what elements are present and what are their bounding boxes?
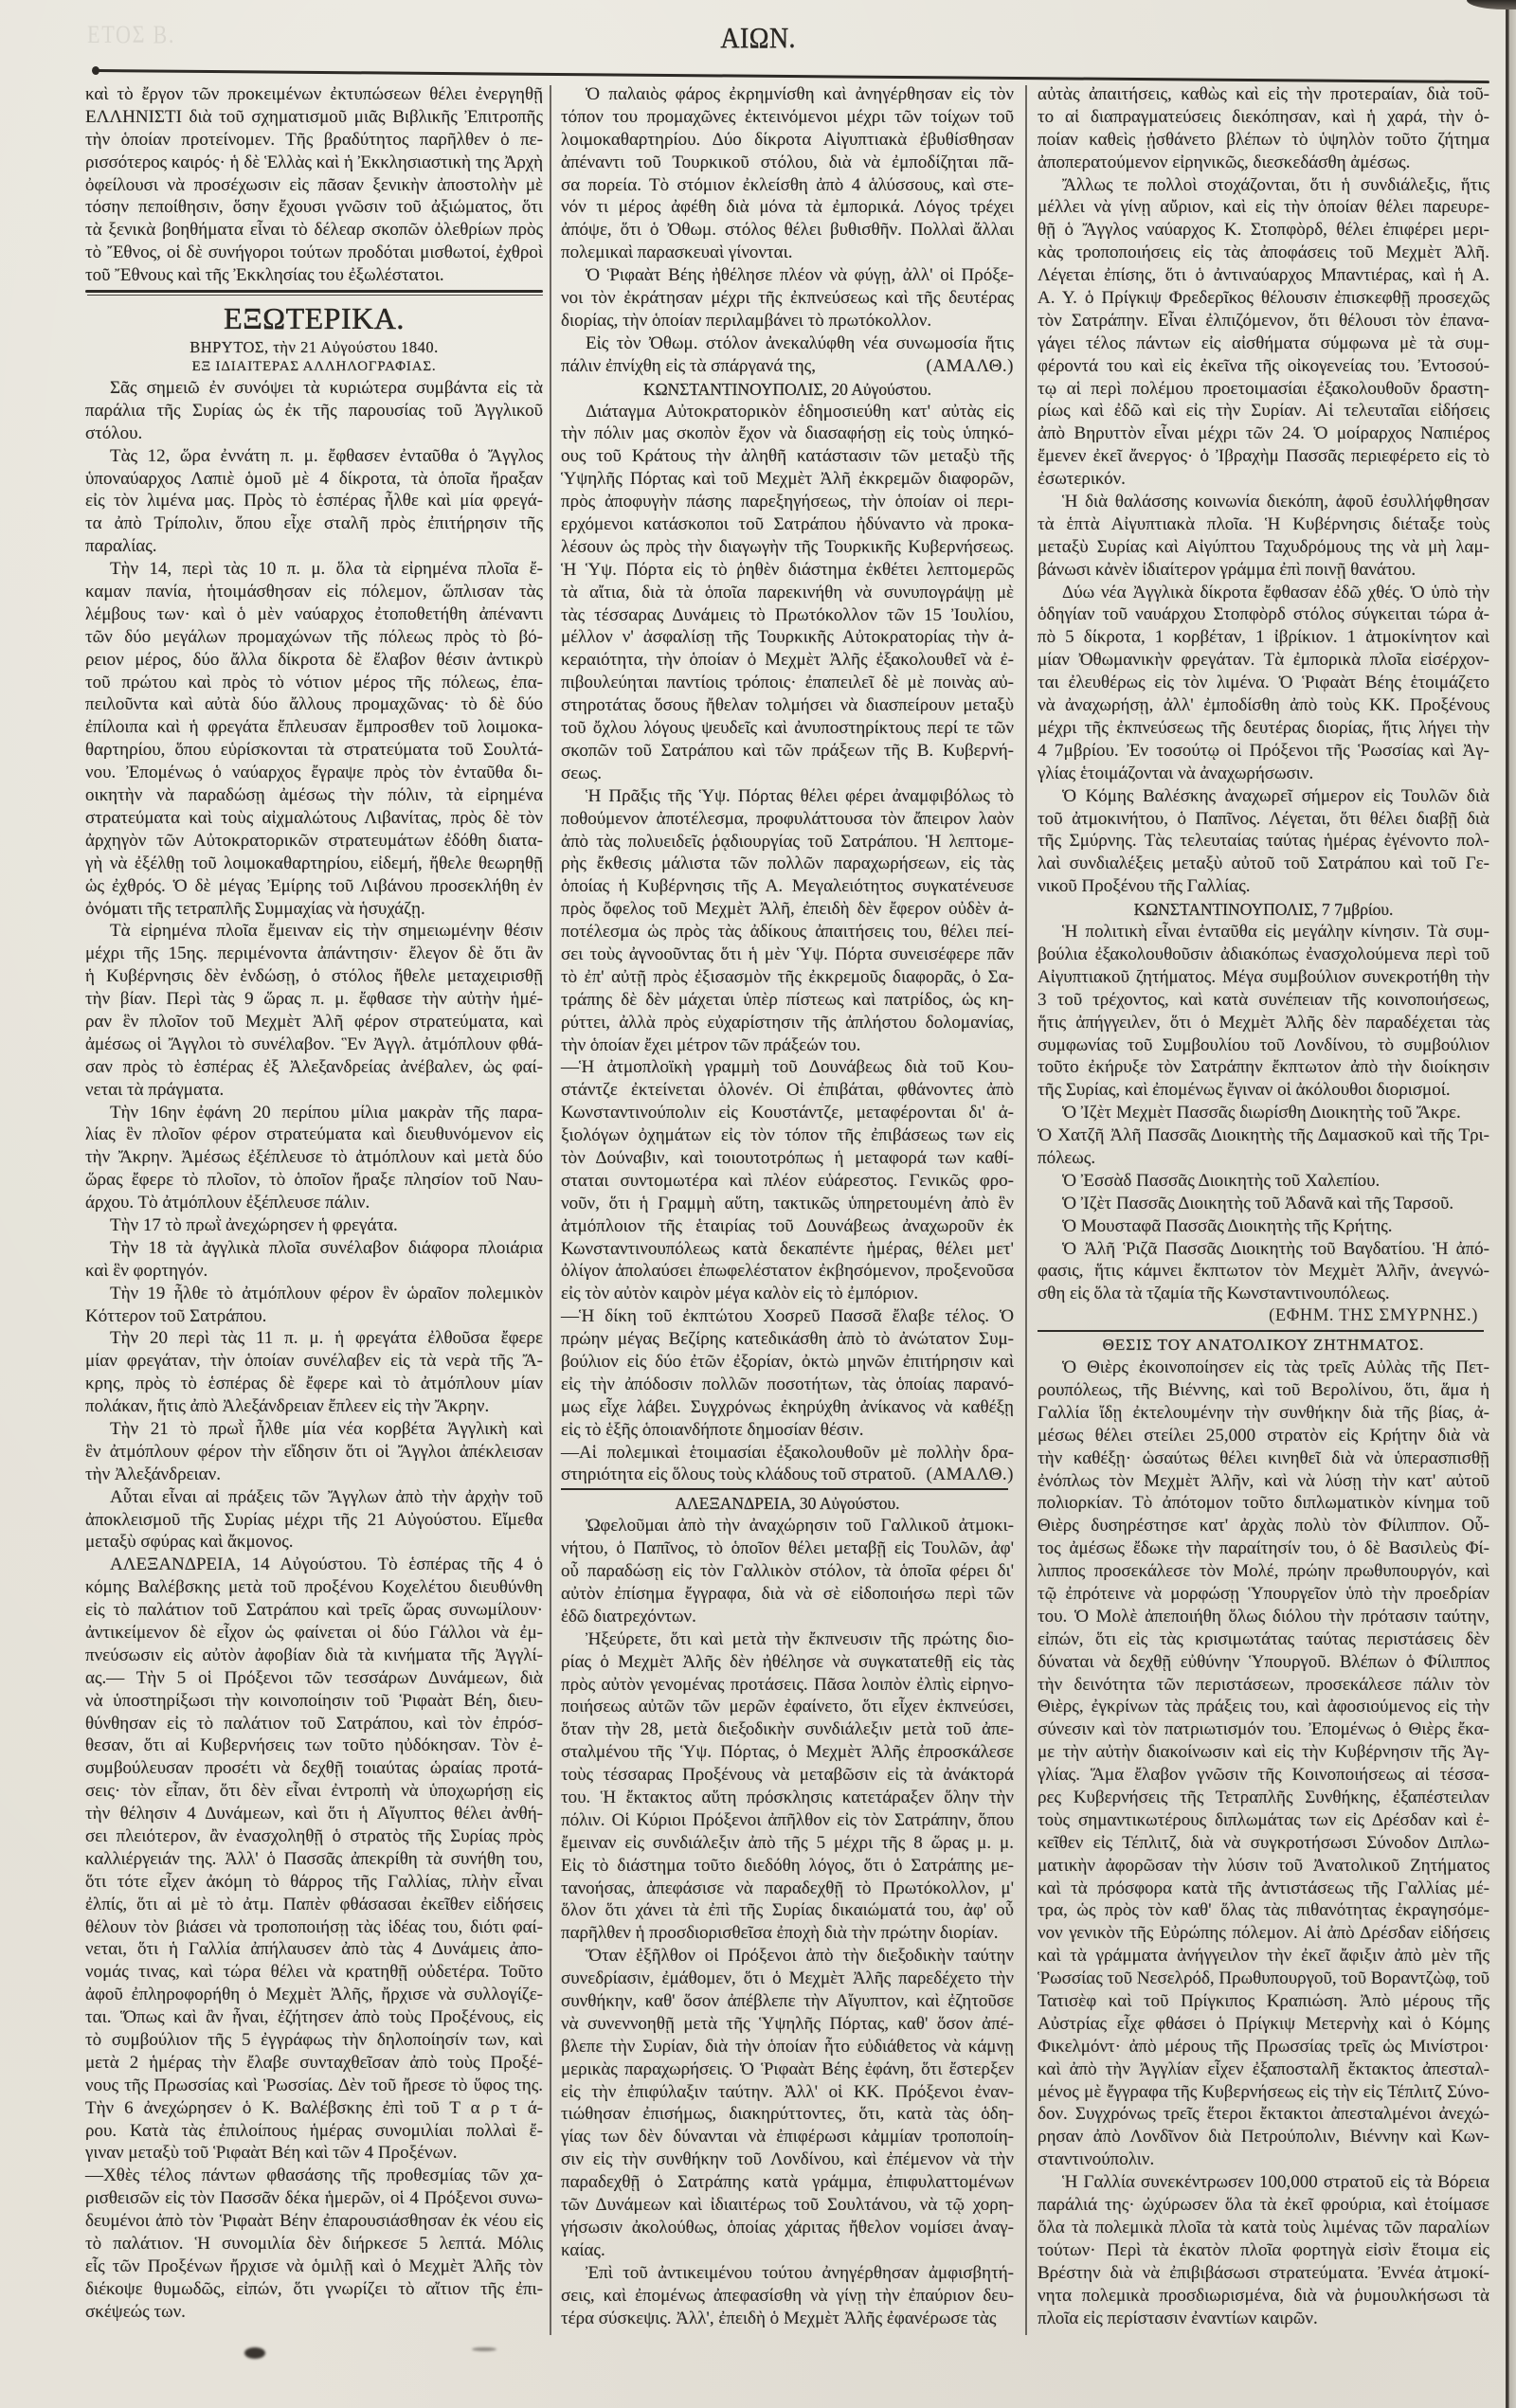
text-line: τὴν βίαν. Περὶ τὰς 9 ὥρας π. μ. ἔφθασε τ…	[85, 988, 543, 1011]
text-line: ἐδῶ διατρεχόντων.	[561, 1606, 1014, 1628]
text-line: Ἐπὶ τοῦ ἀντικειμένου τούτου ἀνηγέρθησαν …	[561, 2262, 1014, 2285]
text-line: παρῆλθεν ἡ προσδιορισθεῖσα ἐποχὴ διὰ τὴν…	[561, 1922, 1014, 1945]
paragraph: Ἡ πολιτικὴ εἶναι ἐνταῦθα εἰς μεγάλην κίν…	[1038, 921, 1489, 1102]
paragraph: Ἐπὶ τοῦ ἀντικειμένου τούτου ἀνηγέρθησαν …	[561, 2262, 1014, 2330]
text-line: τούτων· Περὶ τὰ ἑκατὸν πλοῖα φορτηγὰ εἰσ…	[1038, 2239, 1489, 2262]
text-line: ὁποίας ἡ Κυβέρνησις τῆς Α. Μεγαλειότητος…	[561, 875, 1014, 898]
text-line: εἷς τῶν Προξένων ἤρχισε νὰ ὁμιλῇ καὶ ὁ Μ…	[85, 2255, 543, 2278]
text-line: βούλια ἐξακολουθοῦσιν ἀδιακόπως ἐνασχολο…	[1038, 943, 1489, 966]
text-line: Τατισὲφ καὶ τοῦ Πρίγκιπος Κραπιώση. Ἀπὸ …	[1038, 1990, 1489, 2013]
text-line: νοῦν, ὅτι ἡ Γραμμὴ αὕτη, τακτικῶς ὑπηρετ…	[561, 1193, 1014, 1215]
paragraph: —Αἱ πολεμικαὶ ἑτοιμασίαι ἐξακολουθοῦν μὲ…	[561, 1442, 1014, 1487]
text-line: νου. Ἐπομένως ὁ ναύαρχος ἔγραψε πρὸς τὸν…	[85, 762, 543, 784]
paragraph: Αὗται εἶναι αἱ πράξεις τῶν Ἄγγλων ἀπὸ τὴ…	[85, 1486, 543, 1554]
text-line: ἔμενεν ἐκεῖ ἄνεργος· ὁ Ἰβραχὴμ Πασσᾶς πε…	[1038, 445, 1489, 468]
text-line: ται. Ὅπως καὶ ἂν ἦναι, ἐζήτησεν ἀπὸ τοὺς…	[85, 2006, 543, 2029]
text-line: συμφωνίας τοῦ Συμβουλίου τοῦ Λονδίνου, τ…	[1038, 1034, 1489, 1057]
text-line: τράπης δὲ δὲν μάχεται ὑπὲρ πίστεως καὶ π…	[561, 989, 1014, 1012]
text-line: ΑΛΕΞΑΝΔΡΕΙΑ, 14 Αὐγούστου. Τὸ ἑσπέρας τῆ…	[85, 1554, 543, 1576]
text-line: σα πορεία. Τὸ στόμιον ἐκλείσθη ἀπὸ 4 ἁλύ…	[561, 174, 1014, 197]
text-line: τέρα σύσκεψις. Ἀλλ', ἐπειδὴ ὁ Μεχμὲτ Ἀλῆ…	[561, 2308, 1014, 2330]
text-line: ἥτις ἀπήγγειλεν, ὅτι ὁ Μεχμὲτ Ἀλῆς δὲν π…	[1038, 1012, 1489, 1034]
text-line: διορίας, τὴν ὁποίαν περιλαμβάνει τὸ πρωτ…	[561, 310, 1014, 332]
text-line: βούλιον εἰς δύο ἐτῶν ἐξορίαν, ὀκτὼ μηνῶν…	[561, 1351, 1014, 1374]
text-line: νητα πολεμικὰ προσδιωρισμένα, διὰ νὰ ῥυμ…	[1038, 2285, 1489, 2308]
text-line: τὸ ἐπ' αὐτῇ πρὸς ἐξισασμὸν τῆς ἐκκρεμοῦς…	[561, 966, 1014, 989]
text-line: Ἠξεύρετε, ὅτι καὶ μετὰ τὴν ἔκπνευσιν τῆς…	[561, 1628, 1014, 1651]
text-line: Σᾶς σημειῶ ἐν συνόψει τὰ κυριώτερα συμβά…	[85, 377, 543, 400]
text-line: Τὴν 6 ἀνεχώρησεν ὁ Κ. Βαλέβσκης ἐπὶ τοῦ …	[85, 2097, 543, 2120]
text-line: τὸ Ἔθνος, οἱ δὲ συνήγοροι τούτων προδότα…	[85, 242, 543, 264]
text-line: θεσαν, ὅτι αἱ Κυβερνήσεις των τοῦτο ηὐδό…	[85, 1734, 543, 1757]
text-line: πολεμικαὶ παρασκευαὶ γίνονται.	[561, 242, 1014, 264]
text-line: Βρέστην διὰ νὰ ἐπιβιβάσωσι στρατεύματα. …	[1038, 2262, 1489, 2285]
column-right: αὐτὰς ἀπαιτήσεις, καθὼς καὶ εἰς τὴν προτ…	[1038, 83, 1489, 2329]
text-line: ται ἐλευθέρως εἰς τὸν λιμένα. Ὁ Ῥιφαὰτ Β…	[1038, 672, 1489, 694]
text-line: νὰ ὑποστηρίξωσι τὴν κοινοποίησιν τοῦ Ῥιφ…	[85, 1690, 543, 1713]
text-line: ἔμειναν εἰς συνδιάλεξιν ἀπὸ τῆς 5 μέχρι …	[561, 1832, 1014, 1855]
text-line: ἐπίλοιπα καὶ ἡ φρεγάτα ἔπλευσαν ἔμπροσθε…	[85, 716, 543, 739]
paragraph: Ἡ Πρᾶξις τῆς Ὑψ. Πόρτας θέλει φέρει ἀναμ…	[561, 785, 1014, 1057]
text-line: 3 τοῦ τρέχοντος, καὶ κατὰ συνέπειαν τῆς …	[1038, 989, 1489, 1012]
text-line: φασις, ἥτις κάμνει ἔκπτωτον τὸν Μεχμὲτ Ἀ…	[1038, 1260, 1489, 1283]
text-line: στρατεύματα καὶ τοὺς αἰχμαλώτους Λιβανίτ…	[85, 807, 543, 830]
text-line: μεταξὺ σφύρας καὶ ἄκμονος.	[85, 1531, 543, 1554]
text-line: λίας ἓν πλοῖον φέρον στρατεύματα καὶ διε…	[85, 1123, 543, 1146]
text-line: σταντινούπολιν.	[1038, 2148, 1489, 2171]
paragraph: —Χθὲς τέλος πάντων φθασάσης τῆς προθεσμί…	[85, 2165, 543, 2323]
text-line: το αἱ διαπραγματεύσεις διεκόπησαν, καὶ ἡ…	[1038, 106, 1489, 129]
paragraph: Ὁ Θιὲρς ἐκοινοποίησεν εἰς τὰς τρεῖς Αὐλὰ…	[1038, 1357, 1489, 2171]
text-line: αὐτὰς ἀπαιτήσεις, καθὼς καὶ εἰς τὴν προτ…	[1038, 83, 1489, 106]
text-line: τὴν ὁποίαν προτείνομεν. Τῆς βραδύτητος π…	[85, 129, 543, 152]
text-line: πάλιν ἐπνίχθη εἰς τὰ σπάργανά της,(ΑΜΑΛΘ…	[561, 355, 1014, 378]
paragraph: Τὰς 12, ὥρα ἐννάτη π. μ. ἔφθασεν ἐνταῦθα…	[85, 445, 543, 558]
text-line: ρισσότερος καιρός· ἡ δὲ Ἑλλὰς καὶ ἡ Ἐκκλ…	[85, 152, 543, 174]
text-line: στηριότητα εἰς ὅλους τοὺς κλάδους τοῦ στ…	[561, 1464, 1014, 1486]
text-line: τὴν καθέξῃ· ὡσαύτως θέλει κινηθεῖ διὰ νὰ…	[1038, 1447, 1489, 1470]
text-line: μέλλει νὰ γίνῃ αὔριον, καὶ εἰς τὴν ὁποία…	[1038, 196, 1489, 219]
text-line: Ἄλλως τε πολλοὶ στοχάζονται, ὅτι ἡ συνδι…	[1038, 174, 1489, 197]
text-line: νοι τὸν ἐκράτησαν μέχρι τῆς ἐκπνεύσεως κ…	[561, 287, 1014, 310]
text-line: θέλουν τὸν βιάσει νὰ τροποποιήσῃ τὰς ἰδέ…	[85, 1916, 543, 1939]
text-line: τῆς Συρίας, καὶ ἐπομένως ἔγιναν οἱ ἀκόλο…	[1038, 1079, 1489, 1102]
text-line: τὸν Δούναβιν, καὶ τοιουτοτρόπως ἡ μεταφο…	[561, 1147, 1014, 1170]
text-line: ὀλίγον ἀπολαύσει ἐπωφελέστατον ἐκβησόμεν…	[561, 1260, 1014, 1283]
text-line: Ἡ πολιτικὴ εἶναι ἐνταῦθα εἰς μεγάλην κίν…	[1038, 921, 1489, 943]
text-line: Τὴν 20 περὶ τὰς 11 π. μ. ἡ φρεγάτα ἐλθοῦ…	[85, 1327, 543, 1350]
text-line: σύνεσιν καὶ τὸν πατριωτισμόν του. Ἐπομέν…	[1038, 1718, 1489, 1741]
text-line: τὰς τέσσαρας Δυνάμεις τὸ Πρωτόκολλον τῶν…	[561, 604, 1014, 627]
text-line: τὴν Ἄκρην. Ἀμέσως ἐξέπλευσε τὸ ἀτμόπλουν…	[85, 1146, 543, 1169]
text-line: ὡς ἐχθρός. Ὁ δὲ μέγας Ἐμίρης τοῦ Λιβάνου…	[85, 875, 543, 898]
text-line: Τὴν 14, περὶ τὰς 10 π. μ. ὅλα τὰ εἰρημέν…	[85, 558, 543, 581]
text-line: γὴ νὰ ἐξέλθῃ τοῦ λοιμοκαθαρτηρίου, εἰδεμ…	[85, 853, 543, 875]
text-line: Γαλλία ἴδῃ ἐκτελουμένην τὴν συνθήκην διὰ…	[1038, 1402, 1489, 1425]
paragraph: Τὴν 21 τὸ πρωῒ ἦλθε μία νέα κορβέτα Ἀγγλ…	[85, 1418, 543, 1486]
text-line: ὅλον ὅτι χάνει τὰ ἐπὶ τῆς Συρίας δικαιώμ…	[561, 1899, 1014, 1922]
rule-line	[1038, 1330, 1484, 1332]
rule-line	[561, 1488, 1008, 1490]
text-line: ὀνόματι τῆς τετραπλῆς Συμμαχίας νὰ ἡσυχά…	[85, 898, 543, 921]
text-line: σεις, καὶ ἐπομένως ἀπεφασίσθη νὰ γίνῃ τὴ…	[561, 2285, 1014, 2308]
text-line: τοῦτο ἐκήρυξε τὸν Σατράπην ἔκπτωτον ἀπὸ …	[1038, 1056, 1489, 1079]
text-line: καμαν πανία, ἡτοιμάσθησαν εἰς πόλεμον, ὥ…	[85, 581, 543, 603]
text-line: ὥρας ἔφερε τὸ πλοῖον, τὸ ὁποῖον ἤραξε πλ…	[85, 1169, 543, 1192]
text-line: ρίως καὶ ἐδῶ καὶ εἰς τὴν Συρίαν. Αἱ τελε…	[1038, 400, 1489, 422]
text-line: τὰ αἴτια, διὰ τὰ ὁποῖα παρεκινήθη νὰ συν…	[561, 582, 1014, 604]
text-line: μίαν φρεγάταν, τὴν ὁποίαν συνέλαβεν εἰς …	[85, 1350, 543, 1373]
text-line: τοῦ ἀτμοκινήτου, ὁ Παπῖνος. Λέγεται, ὅτι…	[1038, 808, 1489, 831]
paragraph: Ὁ Χατζῆ Ἀλῆ Πασσᾶς Διοικητὴς τῆς Δαμασκο…	[1038, 1124, 1489, 1170]
text-line: εἰς τὸν αὐτὸν καιρὸν μέγα καλὸν εἰς τὸ ἐ…	[561, 1283, 1014, 1305]
text-line: γλίας ἑτοιμάζονται νὰ ἀναχωρήσωσιν.	[1038, 763, 1489, 785]
text-line: ἀπέναντι τοῦ Τουρκικοῦ στόλου, διὰ νὰ ἐμ…	[561, 152, 1014, 174]
text-line: γήσωσιν ἀκολούθως, ὁποίας χάριτας ἤθελον…	[561, 2217, 1014, 2239]
paragraph: Εἰς τὸν Ὀθωμ. στόλον ἀνεκαλύφθη νέα συνω…	[561, 332, 1014, 378]
text-line: ρουπόλεως, τῆς Βιέννης, καὶ τοῦ Βερολίνο…	[1038, 1379, 1489, 1402]
text-line: τὴν δεινότητα τῶν περιστάσεων, προσεκάλε…	[1038, 1674, 1489, 1697]
paragraph: —Ἡ δίκη τοῦ ἐκπτώτου Χοσρεῦ Πασσᾶ ἔλαβε …	[561, 1305, 1014, 1441]
text-line: Τὴν 18 τὰ ἀγγλικὰ πλοῖα συνέλαβον διάφορ…	[85, 1237, 543, 1260]
text-line: Ὠφελοῦμαι ἀπὸ τὴν ἀναχώρησιν τοῦ Γαλλικο…	[561, 1515, 1014, 1537]
text-line: ρου. Κατὰ τὰς ἐπιλοίπους ἡμέρας συνομιλί…	[85, 2120, 543, 2143]
text-line: καὶ τὰ πρόσφορα κατὰ τῆς ἀντιστάσεως τῆς…	[1038, 1878, 1489, 1900]
text-line: Ὁ Θιὲρς ἐκοινοποίησεν εἰς τὰς τρεῖς Αὐλὰ…	[1038, 1357, 1489, 1379]
text-line: —Ἡ ἀτμοπλοϊκὴ γραμμὴ τοῦ Δουνάβεως διὰ τ…	[561, 1056, 1014, 1079]
text-line: πρὸς ἀποφυγὴν πάσης παρεξηγήσεως, τὴν ὁπ…	[561, 491, 1014, 513]
text-line: μως εἶχε λάβει. Συγχρόνως ἐκηρύχθη ἀνίκα…	[561, 1396, 1014, 1419]
text-line: άρχου. Τὸ ἀτμόπλουν ἐξέπλευσε πάλιν.	[85, 1192, 543, 1214]
text-line: νόν τι μέρος ἀφέθη διὰ μόνα τὰ ἐμπορικά.…	[561, 196, 1014, 219]
text-line: λοιμοκαθαρτηρίου. Δύο δίκροτα Αἰγυπτιακὰ…	[561, 129, 1014, 152]
text-line: πρὸς ὄφελος τοῦ Μεχμὲτ Ἀλῆ, ἐπειδὴ δὲν ἔ…	[561, 898, 1014, 921]
text-line: Εἰς τὸ διάστημα τοῦτο διεδόθη λόγος, ὅτι…	[561, 1855, 1014, 1878]
source-attribution: (ΕΦΗΜ. ΤΗΣ ΣΜΥΡΝΗΣ.)	[1038, 1305, 1489, 1328]
paragraph: Τὴν 16ην ἐφάνη 20 περίπου μίλια μακρὰν τ…	[85, 1102, 543, 1214]
text-line: Φικελμόντ· ἀπὸ μέρους τῆς Πρωσσίας τρεῖς…	[1038, 2036, 1489, 2058]
text-line: τὰ ἑπτὰ Αἰγυπτιακὰ πλοῖα. Ἡ Κυβέρνησις δ…	[1038, 513, 1489, 536]
text-line: —Ἡ δίκη τοῦ ἐκπτώτου Χοσρεῦ Πασσᾶ ἔλαβε …	[561, 1305, 1014, 1328]
text-line: ἀπὸ τὰς πολυειδεῖς ῥᾳδιουργίας τοῦ Σατρά…	[561, 831, 1014, 854]
paragraph: καὶ τὸ ἔργον τῶν προκειμένων ἐκτυπώσεων …	[85, 83, 543, 287]
text-line: με τὴν αὐτὴν διακοίνωσιν καὶ εἰς τὴν Κυβ…	[1038, 1741, 1489, 1764]
text-line: κρης, πρὸς τὸ ἑσπέρας δὲ ἔφερε καὶ τὸ ἀτ…	[85, 1373, 543, 1395]
text-line: ρησαν ἀπὸ Λονδῖνον διὰ Πετρούπολιν, Βιέν…	[1038, 2126, 1489, 2148]
text-line: πιβουλεύηται παντίοις τρόποις· ἐπαπειλεῖ…	[561, 672, 1014, 694]
text-line: σει τοὺς ἀγνοοῦντας ὅτι ἡ μὲν Ὑψ. Πόρτα …	[561, 943, 1014, 966]
text-line: ρισθεισῶν εἰς τὸν Πασσᾶν δέκα ἡμερῶν, οἱ…	[85, 2187, 543, 2210]
text-line: σεις· τὸν εἶπαν, ὅτι δὲν εἶναι ἐντροπὴ ν…	[85, 1780, 543, 1803]
text-line: Αὐστρίας εἶχε φθάσει ὁ Πρίγκιψ Μετερνὴχ …	[1038, 2013, 1489, 2036]
text-line: λέσουν ὡς πρὸς τὴν διαγωγὴν τῆς Τουρκικῆ…	[561, 536, 1014, 559]
text-line: Ὁ Ῥιφαὰτ Βέης ἠθέλησε πλέον νὰ φύγῃ, ἀλλ…	[561, 264, 1014, 287]
text-line: τὰ ξενικὰ βοηθήματα εἶναι τὸ δέλεαρ σκοπ…	[85, 219, 543, 242]
text-line: μέλλον ν' ἀσφαλίσῃ τῆς Τουρκικῆς Αὐτοκρα…	[561, 626, 1014, 649]
text-line: σιν εἰς τὴν συνθήκην τοῦ Λονδίνου, καὶ ἐ…	[561, 2148, 1014, 2171]
text-line: πειλοῦντα καὶ αὐτὰ δύο ἄλλους προμαχῶνας…	[85, 693, 543, 716]
paragraph: Ἠξεύρετε, ὅτι καὶ μετὰ τὴν ἔκπνευσιν τῆς…	[561, 1628, 1014, 1945]
section-rule	[1038, 1328, 1489, 1334]
text-line: ποίαν καθεὶς ᾐσθάνετο βλέπων τὸ ὑψηλὸν τ…	[1038, 129, 1489, 152]
article-heading: ΘΕΣΙΣ ΤΟΥ ΑΝΑΤΟΛΙΚΟΥ ΖΗΤΗΜΑΤΟΣ.	[1038, 1334, 1489, 1357]
text-line: ρύττει, ἀλλὰ πρὸς εὐχαρίστησιν τῆς ἀπλήσ…	[561, 1012, 1014, 1034]
text-line: ποτέλεσμα ὡς πρὸς τὰς ἀδίκους ἀπαιτήσεις…	[561, 921, 1014, 943]
paragraph: Ὁ Κόμης Βαλέσκης ἀναχωρεῖ σήμερον εἰς Το…	[1038, 785, 1489, 898]
text-line: νὰ ἀναχωρήσῃ, ἀλλ' ἐμποδίσθη ἀπὸ τοὺς ΚΚ…	[1038, 694, 1489, 717]
text-line: βλεπε τὴν Συρίαν, διὰ τὴν ὁποίαν ἦτο εὐδ…	[561, 2036, 1014, 2058]
newspaper-name: ΑΙΩΝ.	[720, 19, 796, 57]
text-line: ξιολόγων ὀχημάτων εἰς τὸν τόπον τῆς ἐπιβ…	[561, 1124, 1014, 1147]
text-line: —Χθὲς τέλος πάντων φθασάσης τῆς προθεσμί…	[85, 2165, 543, 2187]
text-line: μέχρι τῆς ἐκπνεύσεως τῆς δευτέρας διορία…	[1038, 717, 1489, 740]
text-line: θαρτηρίου, ὅπου εὑρίσκονται τὰ στρατεύμα…	[85, 739, 543, 762]
text-line-content: πάλιν ἐπνίχθη εἰς τὰ σπάργανά της,	[561, 355, 816, 378]
text-line: τοὺς σημαντικωτέρους διπλωμάτας των εἰς …	[1038, 1809, 1489, 1832]
text-line: κόμης Βαλέβσκης μετὰ τοῦ προξένου Κοχελέ…	[85, 1576, 543, 1599]
text-line: Ὁ παλαιὸς φάρος ἐκρημνίσθη καὶ ἀνηγέρθησ…	[561, 83, 1014, 106]
text-line: τιώθησαν ἐπισήμως, διακηρύττοντες, ὅτι, …	[561, 2103, 1014, 2126]
article-heading: ΑΛΕΞΑΝΔΡΕΙΑ, 30 Αὐγούστου.	[561, 1492, 1014, 1515]
text-line: του. Ἡ ἔκτακτος αὕτη πρόσκλησις κατετάρα…	[561, 1787, 1014, 1809]
text-line: Ὑψηλῆς Πόρτας καὶ τοῦ Μεχμὲτ Ἀλῆ ἐκκρεμῶ…	[561, 468, 1014, 491]
text-line: Λέγεται ἐπίσης, ὅτι ὁ ἀντιναύαρχος Μπαντ…	[1038, 264, 1489, 287]
text-line: Δύω νέα Ἀγγλικὰ δίκροτα ἔφθασαν ἐδῶ χθές…	[1038, 582, 1489, 604]
text-line: Τὴν 21 τὸ πρωῒ ἦλθε μία νέα κορβέτα Ἀγγλ…	[85, 1418, 543, 1441]
text-line: πολάκαν, ἥτις ἀπὸ Ἀλεξάνδρειαν ἔπλεεν εἰ…	[85, 1395, 543, 1418]
text-line: αὐτὸν ἐπίσημα ἔγγραφα, διὰ νὰ σὲ εἰδοποι…	[561, 1583, 1014, 1606]
text-line: γιναν μεταξὺ τοῦ Ῥιφαὰτ Βέη καὶ τῶν 4 Πρ…	[85, 2142, 543, 2165]
text-line: κεῖθεν εἰς Τέπλιτζ, διὰ νὰ συγκροτήσωσι …	[1038, 1832, 1489, 1855]
text-line: οὗ παραδώσῃ εἰς τὸν Γαλλικὸν στόλον, τὰ …	[561, 1560, 1014, 1583]
text-line: Τὴν 16ην ἐφάνη 20 περίπου μίλια μακρὰν τ…	[85, 1102, 543, 1124]
text-line: ερχόμενοι κατάσκοποι τοῦ Σατράπου ἠδύναν…	[561, 513, 1014, 536]
text-line: ρίας ὁ Μεχμὲτ Ἀλῆς δὲν ἠθέλησε νὰ συγκατ…	[561, 1651, 1014, 1674]
paragraph: Τὴν 18 τὰ ἀγγλικὰ πλοῖα συνέλαβον διάφορ…	[85, 1237, 543, 1283]
text-line: ἀμέσως οἱ Ἄγγλοι τὸ συνέλαβον. Ἓν Ἀγγλ. …	[85, 1033, 543, 1056]
source-attribution: (ΑΜΑΛΘ.)	[927, 355, 1014, 378]
paragraph: Τὴν 17 τὸ πρωῒ ἀνεχώρησεν ἡ φρεγάτα.	[85, 1214, 543, 1237]
text-line: Ὅταν ἐξῆλθον οἱ Πρόξενοι ἀπὸ τὴν διεξοδι…	[561, 1945, 1014, 1968]
text-line: τῆς Σμύρνης. Τὰς τελευταίας ταύτας ἡμέρα…	[1038, 830, 1489, 853]
text-line: τῶν δύο μεγάλων προμαχώνων τῆς πόλεως πρ…	[85, 626, 543, 649]
text-line: Ὁ Ἰζὲτ Μεχμὲτ Πασσᾶς διωρίσθη Διοικητὴς …	[1038, 1102, 1489, 1124]
masthead-title: ΑΙΩΝ.	[0, 19, 1516, 57]
article-heading: ΚΩΝΣΤΑΝΤΙΝΟΥΠΟΛΙΣ, 20 Αὐγούστου.	[561, 378, 1014, 401]
text-line: παράλιά της· ὠχύρωσεν ὅλα τὰ ἐκεῖ φρούρι…	[1038, 2194, 1489, 2217]
text-line: μεταξὺ Συρίας καὶ Αἰγύπτου Ταχυδρόμους τ…	[1038, 536, 1489, 559]
text-line: Ἡ διὰ θαλάσσης κοινωνία διεκόπη, ἀφοῦ ἐσ…	[1038, 491, 1489, 513]
paragraph: Ὁ Ἐσσὰδ Πασσᾶς Διοικητὴς τοῦ Χαλεπίου.	[1038, 1170, 1489, 1193]
text-line: παραδεχθῇ ὁ Σατράπης κατὰ γράμμα, ἐπιφυλ…	[561, 2171, 1014, 2194]
text-line: λαὶ συνδιαλέξεις μεταξὺ αὐτοῦ τοῦ Σατράπ…	[1038, 853, 1489, 875]
text-line: 4 7μβρίου. Ἐν τοσούτῳ οἱ Πρόξενοι τῆς Ῥω…	[1038, 740, 1489, 763]
text-line: Αἰγυπτιακοῦ ζητήματος. Μέγα συμβούλιον σ…	[1038, 966, 1489, 989]
text-line: τόπον του προμαχῶνες ἐκτεινόμενοι μέχρι …	[561, 106, 1014, 129]
text-line: Τὴν 17 τὸ πρωῒ ἀνεχώρησεν ἡ φρεγάτα.	[85, 1214, 543, 1237]
text-line: νικοῦ Προξένου τῆς Γαλλίας.	[1038, 875, 1489, 898]
text-line: γάγει τέλος πάντων εἰς αἰσθήματα σύμφωνα…	[1038, 332, 1489, 355]
text-line: ραν ἓν πλοῖον τοῦ Μεχμὲτ Ἀλῆ φέρον στρατ…	[85, 1011, 543, 1033]
text-line: πόλιν. Οἱ Κύριοι Πρόξενοι ἀπῆλθον εἰς τὸ…	[561, 1809, 1014, 1832]
section-title: ΕΞΩΤΕΡΙΚΑ.	[85, 298, 543, 338]
text-line: μέσως θέλει στείλει 25,000 στρατὸν εἰς Κ…	[1038, 1425, 1489, 1447]
text-line: δύναται νὰ δεχθῇ εὐθύνην Ὑπουργοῦ. Βλέπω…	[1038, 1651, 1489, 1674]
dateline: ΒΗΡΥΤΟΣ, τὴν 21 Αὐγούστου 1840.	[85, 338, 543, 357]
page-edge	[1506, 0, 1516, 2408]
article-heading: ΚΩΝΣΤΑΝΤΙΝΟΥΠΟΛΙΣ, 7 7μβρίου.	[1038, 898, 1489, 921]
text-line: ποθούμενον ἀποτέλεσμα, προφυλάττουσα τὸν…	[561, 808, 1014, 831]
text-line: τος ἀμέσως ἔδωκε τὴν παραίτησίν του, ὁ δ…	[1038, 1537, 1489, 1560]
text-line: Τὰς 12, ὥρα ἐννάτη π. μ. ἔφθασεν ἐνταῦθα…	[85, 445, 543, 468]
text-line: ὀφείλουσι νὰ προσέχωσιν εἰς πᾶσαν ξενικὴ…	[85, 174, 543, 197]
paragraph: Δύω νέα Ἀγγλικὰ δίκροτα ἔφθασαν ἐδῶ χθές…	[1038, 582, 1489, 785]
text-line: παράλια τῆς Συρίας ὡς ἐκ τῆς παρουσίας τ…	[85, 400, 543, 422]
text-line: πόλεως.	[1038, 1147, 1489, 1170]
text-line: του. Ὁ Μολὲ ἀπεποιήθη ὅλως διόλου τὴν πρ…	[1038, 1606, 1489, 1628]
text-line: πλοῖα εἰς περίστασιν ἐναντίων καιρῶν.	[1038, 2308, 1489, 2330]
text-line: Ἡ Γαλλία συνεκέντρωσεν 100,000 στρατοῦ ε…	[1038, 2171, 1489, 2194]
text-line: στηροτάτας ὅσους ἤθελαν τολμήσει νὰ διασ…	[561, 694, 1014, 717]
paragraph: Σᾶς σημειῶ ἐν συνόψει τὰ κυριώτερα συμβά…	[85, 377, 543, 445]
text-line: πὸ 5 δίκροτα, 1 κορβέταν, 1 ἰβρίκιον. 1 …	[1038, 626, 1489, 649]
text-line: διέκοψε θυμωδῶς, εἰπών, ὅτι γνωρίζει τὸ …	[85, 2278, 543, 2301]
paragraph: Ὅταν ἐξῆλθον οἱ Πρόξενοι ἀπὸ τὴν διεξοδι…	[561, 1945, 1014, 2261]
paragraph: Ἡ Γαλλία συνεκέντρωσεν 100,000 στρατοῦ ε…	[1038, 2171, 1489, 2329]
text-line: νομάς τινας, καὶ τώρα θέλει νὰ κρατηθῇ ο…	[85, 1961, 543, 1984]
text-line: ἓν ἀτμόπλουν φέρον τὴν εἴδησιν ὅτι οἱ Ἄγ…	[85, 1441, 543, 1464]
text-line: τὴν θέλησιν 4 Δυνάμεων, καὶ ὅτι ἡ Αἴγυπτ…	[85, 1803, 543, 1825]
paragraph: Ὁ Ἰζὲτ Μεχμὲτ Πασσᾶς διωρίσθη Διοικητὴς …	[1038, 1102, 1489, 1124]
paragraph: Ὠφελοῦμαι ἀπὸ τὴν ἀναχώρησιν τοῦ Γαλλικο…	[561, 1515, 1014, 1627]
text-line: συμβούλευσαν προσέτι νὰ δεχθῇ τοιαύτας ὡ…	[85, 1757, 543, 1780]
section-rule	[85, 287, 543, 298]
text-line: ρειον μέρος, δύο ἄλλα δίκροτα δὲ ἔλαβον …	[85, 649, 543, 672]
text-line: πρὸς αὐτὸν γενομένας προτάσεις. Πᾶσα λοι…	[561, 1674, 1014, 1697]
text-line: καὶ τὸ ἔργον τῶν προκειμένων ἐκτυπώσεων …	[85, 83, 543, 106]
text-line: Διάταγμα Αὐτοκρατορικὸν ἐδημοσιεύθη κατ'…	[561, 401, 1014, 423]
paragraph: Τὴν 20 περὶ τὰς 11 π. μ. ἡ φρεγάτα ἐλθοῦ…	[85, 1327, 543, 1418]
text-line: δον. Συγχρόνως τρεῖς ἕτεροι ἔκτακτοι ἀπε…	[1038, 2103, 1489, 2126]
text-line: σκέψεώς των.	[85, 2301, 543, 2324]
paragraph: Ὁ Ῥιφαὰτ Βέης ἠθέλησε πλέον νὰ φύγῃ, ἀλλ…	[561, 264, 1014, 332]
text-line: Κωνσταντινούπολιν εἰς Κουστάντζε, μεταφέ…	[561, 1102, 1014, 1124]
text-line: σκοπῶν τοῦ Σατράπου καὶ τῶν πράξεων τῆς …	[561, 740, 1014, 763]
text-line: —Αἱ πολεμικαὶ ἑτοιμασίαι ἐξακολουθοῦν μὲ…	[561, 1442, 1014, 1465]
text-line: εἰς τὸ παλάτιον τοῦ Σατράπου καὶ τρεῖς ὥ…	[85, 1599, 543, 1622]
rule-line	[85, 290, 543, 293]
text-line: γλίας. Ἅμα ἔλαβον γνῶσιν τῆς Κοινοποιήσε…	[1038, 1764, 1489, 1787]
text-line: δευμένοι ἀπὸ τὸν Ῥιφαὰτ Βέην ἐπαρουσιάσθ…	[85, 2210, 543, 2233]
text-line: ἡ Κυβέρνησις δὲν ἐνδώσῃ, ὁ στόλος ἤθελε …	[85, 965, 543, 988]
text-line: Ῥωσσίας τοῦ Νεσελρόδ, Πρωθυπουργοῦ, τοῦ …	[1038, 1968, 1489, 1990]
text-line: Α. Υ. ὁ Πρίγκιψ Φρεδερῖκος θέλουσιν ἐπισ…	[1038, 287, 1489, 310]
paragraph: —Ἡ ἀτμοπλοϊκὴ γραμμὴ τοῦ Δουνάβεως διὰ τ…	[561, 1056, 1014, 1305]
paragraph: Ὁ παλαιὸς φάρος ἐκρημνίσθη καὶ ἀνηγέρθησ…	[561, 83, 1014, 264]
text-line: καίας.	[561, 2239, 1014, 2262]
paragraph: Τὴν 14, περὶ τὰς 10 π. μ. ὅλα τὰ εἰρημέν…	[85, 558, 543, 920]
text-line: εἰς τὸ ἑξῆς ὁποιανδήποτε δημοσίαν θέσιν.	[561, 1419, 1014, 1442]
text-line: ἀφοῦ ἐπληροφορήθη ὁ Μεχμὲτ Ἀλῆς, ἤρχισε …	[85, 1984, 543, 2006]
text-line: εἰπών, ὅτι εἰς τὰς κρισιμωτάτας ταύτας π…	[1038, 1628, 1489, 1651]
text-line: σει πλειότερον, ἂν ἐνασχοληθῇ ὁ στρατὸς …	[85, 1825, 543, 1848]
text-line: Ὁ Χατζῆ Ἀλῆ Πασσᾶς Διοικητὴς τῆς Δαμασκο…	[1038, 1124, 1489, 1147]
text-line: οικητὴν νὰ παραδώσῃ ἀμέσως τὴν πόλιν, τὰ…	[85, 784, 543, 807]
text-line: νεται τὰ πράγματα.	[85, 1079, 543, 1102]
column-middle: Ὁ παλαιὸς φάρος ἐκρημνίσθη καὶ ἀνηγέρθησ…	[561, 83, 1014, 2329]
paragraph: Διάταγμα Αὐτοκρατορικὸν ἐδημοσιεύθη κατ'…	[561, 401, 1014, 785]
rule-line	[87, 295, 543, 296]
text-line: ρὴς ἔκθεσις μάλιστα τῶν πολλῶν παραχωρήσ…	[561, 853, 1014, 875]
text-line: τὴν ὁποίαν ἔχει μέτρον τῶν πράξεών του.	[561, 1034, 1014, 1057]
subhead: ΕΞ ΙΔΙΑΙΤΕΡΑΣ ΑΛΛΗΛΟΓΡΑΦΙΑΣ.	[85, 357, 543, 377]
text-line: λέμβους των· καὶ ὁ μὲν ναύαρχος ἐτοποθετ…	[85, 603, 543, 626]
text-line: κεραιότητα, τὴν ὁποίαν ὁ Μεχμὲτ Ἀλῆς ἐξα…	[561, 649, 1014, 672]
text-line: Ὁ Ἀλῆ Ῥιζᾶ Πασσᾶς Διοικητὴς τοῦ Βαγδατίο…	[1038, 1238, 1489, 1261]
text-line: ἐλπίς, ὅτι αἱ μὲ τὸ ἀτμ. Παπὲν φθάσασαι …	[85, 1894, 543, 1916]
text-line: ἀποπερατούμενον εἰρηνικῶς, διεσκεδάσθη ἀ…	[1038, 152, 1489, 174]
source-attribution: (ΑΜΑΛΘ.)	[927, 1464, 1014, 1486]
text-line: ἐσωτερικόν.	[1038, 468, 1489, 491]
text-line: λιππος προσεκάλεσε τὸν Μολέ, πρώην πρωθυ…	[1038, 1560, 1489, 1583]
text-line: ὑποναύαρχος Λαπιὲ ὁμοῦ μὲ 4 δίκροτα, τὰ …	[85, 468, 543, 491]
paragraph: ΑΛΕΞΑΝΔΡΕΙΑ, 14 Αὐγούστου. Τὸ ἑσπέρας τῆ…	[85, 1554, 543, 2165]
text-line: τοῦ Ἔθνους καὶ τῆς Ἐκκλησίας του ἐξωλέστ…	[85, 264, 543, 287]
text-line: ὅταν τὴν 28, μετὰ διεξοδικὴν συνδιάλεξιν…	[561, 1718, 1014, 1741]
text-line: μετὰ 2 ἡμέρας τὴν ἔλαβε συνταχθεῖσαν ἀπὸ…	[85, 2052, 543, 2075]
ink-speck	[472, 2347, 496, 2351]
text-line: Κωνσταντινουπόλεως κατὰ δεκαπέντε ἡμέρας…	[561, 1238, 1014, 1261]
text-line: νήτου, ὁ Παπῖνος, τὸ ὁποῖον θέλει μεταβῇ…	[561, 1537, 1014, 1560]
text-line: Ὁ Ἐσσὰδ Πασσᾶς Διοικητὴς τοῦ Χαλεπίου.	[1038, 1170, 1489, 1193]
text-line: ας.— Τὴν 5 οἱ Πρόξενοι τῶν τεσσάρων Δυνά…	[85, 1667, 543, 1690]
text-line: σθη εἰς ὅλα τὰ τζαμία τῆς Κωνσταντινουπό…	[1038, 1283, 1489, 1305]
text-line: Ἡ Ὑψ. Πόρτα εἰς τὸ ῥηθὲν διάστημα ἐκθέτε…	[561, 559, 1014, 582]
paragraph: Ὁ Ἀλῆ Ῥιζᾶ Πασσᾶς Διοικητὴς τοῦ Βαγδατίο…	[1038, 1238, 1489, 1306]
text-line: στάντζε ἐκτείνεται ὁλονέν. Οἱ ἐπιβάται, …	[561, 1079, 1014, 1102]
text-line: στόλου.	[85, 422, 543, 445]
text-line: τόσην πεποίθησιν, ὅσην ἔχουσι γνῶσιν τοῦ…	[85, 196, 543, 219]
paragraph: Τὴν 19 ἦλθε τὸ ἀτμόπλουν φέρον ἓν ὡραῖον…	[85, 1283, 543, 1328]
text-line: τῳ αἱ περὶ πολέμου προετοιμασίαι ἐξακολο…	[1038, 378, 1489, 401]
text-line: Κόττερον τοῦ Σατράπου.	[85, 1305, 543, 1328]
text-line: τοῦ ὄχλου λόγους ψευδεῖς καὶ ἀνυποστηρίκ…	[561, 717, 1014, 740]
text-line: μίαν Ὀθωμανικὴν φρεγάταν. Τὰ ἐμπορικὰ πλ…	[1038, 649, 1489, 672]
text-line: ἀπὸ Βηρυττὸν εἶναι μέχρι τῶν 24. Ὁ μοίρα…	[1038, 422, 1489, 445]
text-line: ἐνόπλως τὸν Μεχμὲτ Ἀλῆν, καὶ νὰ λύσῃ τὴν…	[1038, 1470, 1489, 1493]
text-line: ποιήσεως αὐτῶν τῶν μερῶν ἐφαίνετο, ὅτι ε…	[561, 1696, 1014, 1718]
text-line: ἀντικείμενον δὲ εἶχον ὡς φαίνεται οἱ δύο…	[85, 1622, 543, 1644]
text-line: συνθήκην, καθ' ὅσον ἀπέβλεπε τὴν Αἴγυπτο…	[561, 1990, 1014, 2013]
text-line: πνεύσωσιν εἰς αὐτὸν ἀφοβίαν διὰ τὰ κινήμ…	[85, 1644, 543, 1667]
paragraph: Ὁ Ἰζὲτ Πασσᾶς Διοικητὴς τοῦ Ἀδανᾶ καὶ τῆ…	[1038, 1193, 1489, 1215]
text-line: πολιορκίαν. Τὸ ἀπότομον τοῦτο διπλωματικ…	[1038, 1492, 1489, 1515]
text-line: σταλμένου τῆς Ὑψ. Πόρτας, ὁ Μεχμὲτ Ἀλῆς …	[561, 1741, 1014, 1764]
ink-blot	[244, 2347, 265, 2359]
text-line: βάνωσι κἀνὲν ἰδιαίτερον γράμμα ἐπὶ ποινῇ…	[1038, 559, 1489, 582]
text-line: ΕΛΛΗΝΙΣΤΙ διὰ τοῦ σχηματισμοῦ μιᾶς Βιβλι…	[85, 106, 543, 129]
text-line: νεται, ὅτι ἡ Γαλλία ἀπήλαυσεν ἀπὸ τὰς 4 …	[85, 1938, 543, 1961]
text-line: τρα, ὡς πρὸς τὸν καθ' ὅλας τὰς πιθανότητ…	[1038, 1899, 1489, 1922]
text-line: εἰς τὴν ἀπόδοσιν πολλῶν ποσοτήτων, τὰς ὁ…	[561, 1374, 1014, 1396]
text-line: θῇ ὁ Ἄγγλος ναύαρχος Κ. Στοπφὸρδ, θέλει …	[1038, 219, 1489, 242]
section-rule	[561, 1486, 1014, 1492]
text-line: παραλίας.	[85, 535, 543, 558]
text-line: ἀπόψε, ὅτι ὁ Ὀθωμ. στόλος θέλει βυθισθῆν…	[561, 219, 1014, 242]
text-line: Ὁ Ἰζὲτ Πασσᾶς Διοικητὴς τοῦ Ἀδανᾶ καὶ τῆ…	[1038, 1193, 1489, 1215]
text-line: τῶν Δυνάμεων καὶ ἰδιαιτέρως τοῦ Σουλτάνο…	[561, 2194, 1014, 2217]
text-line: ἀτμόπλοιον τῆς ἑταιρίας τοῦ Δουνάβεως ἀν…	[561, 1215, 1014, 1238]
